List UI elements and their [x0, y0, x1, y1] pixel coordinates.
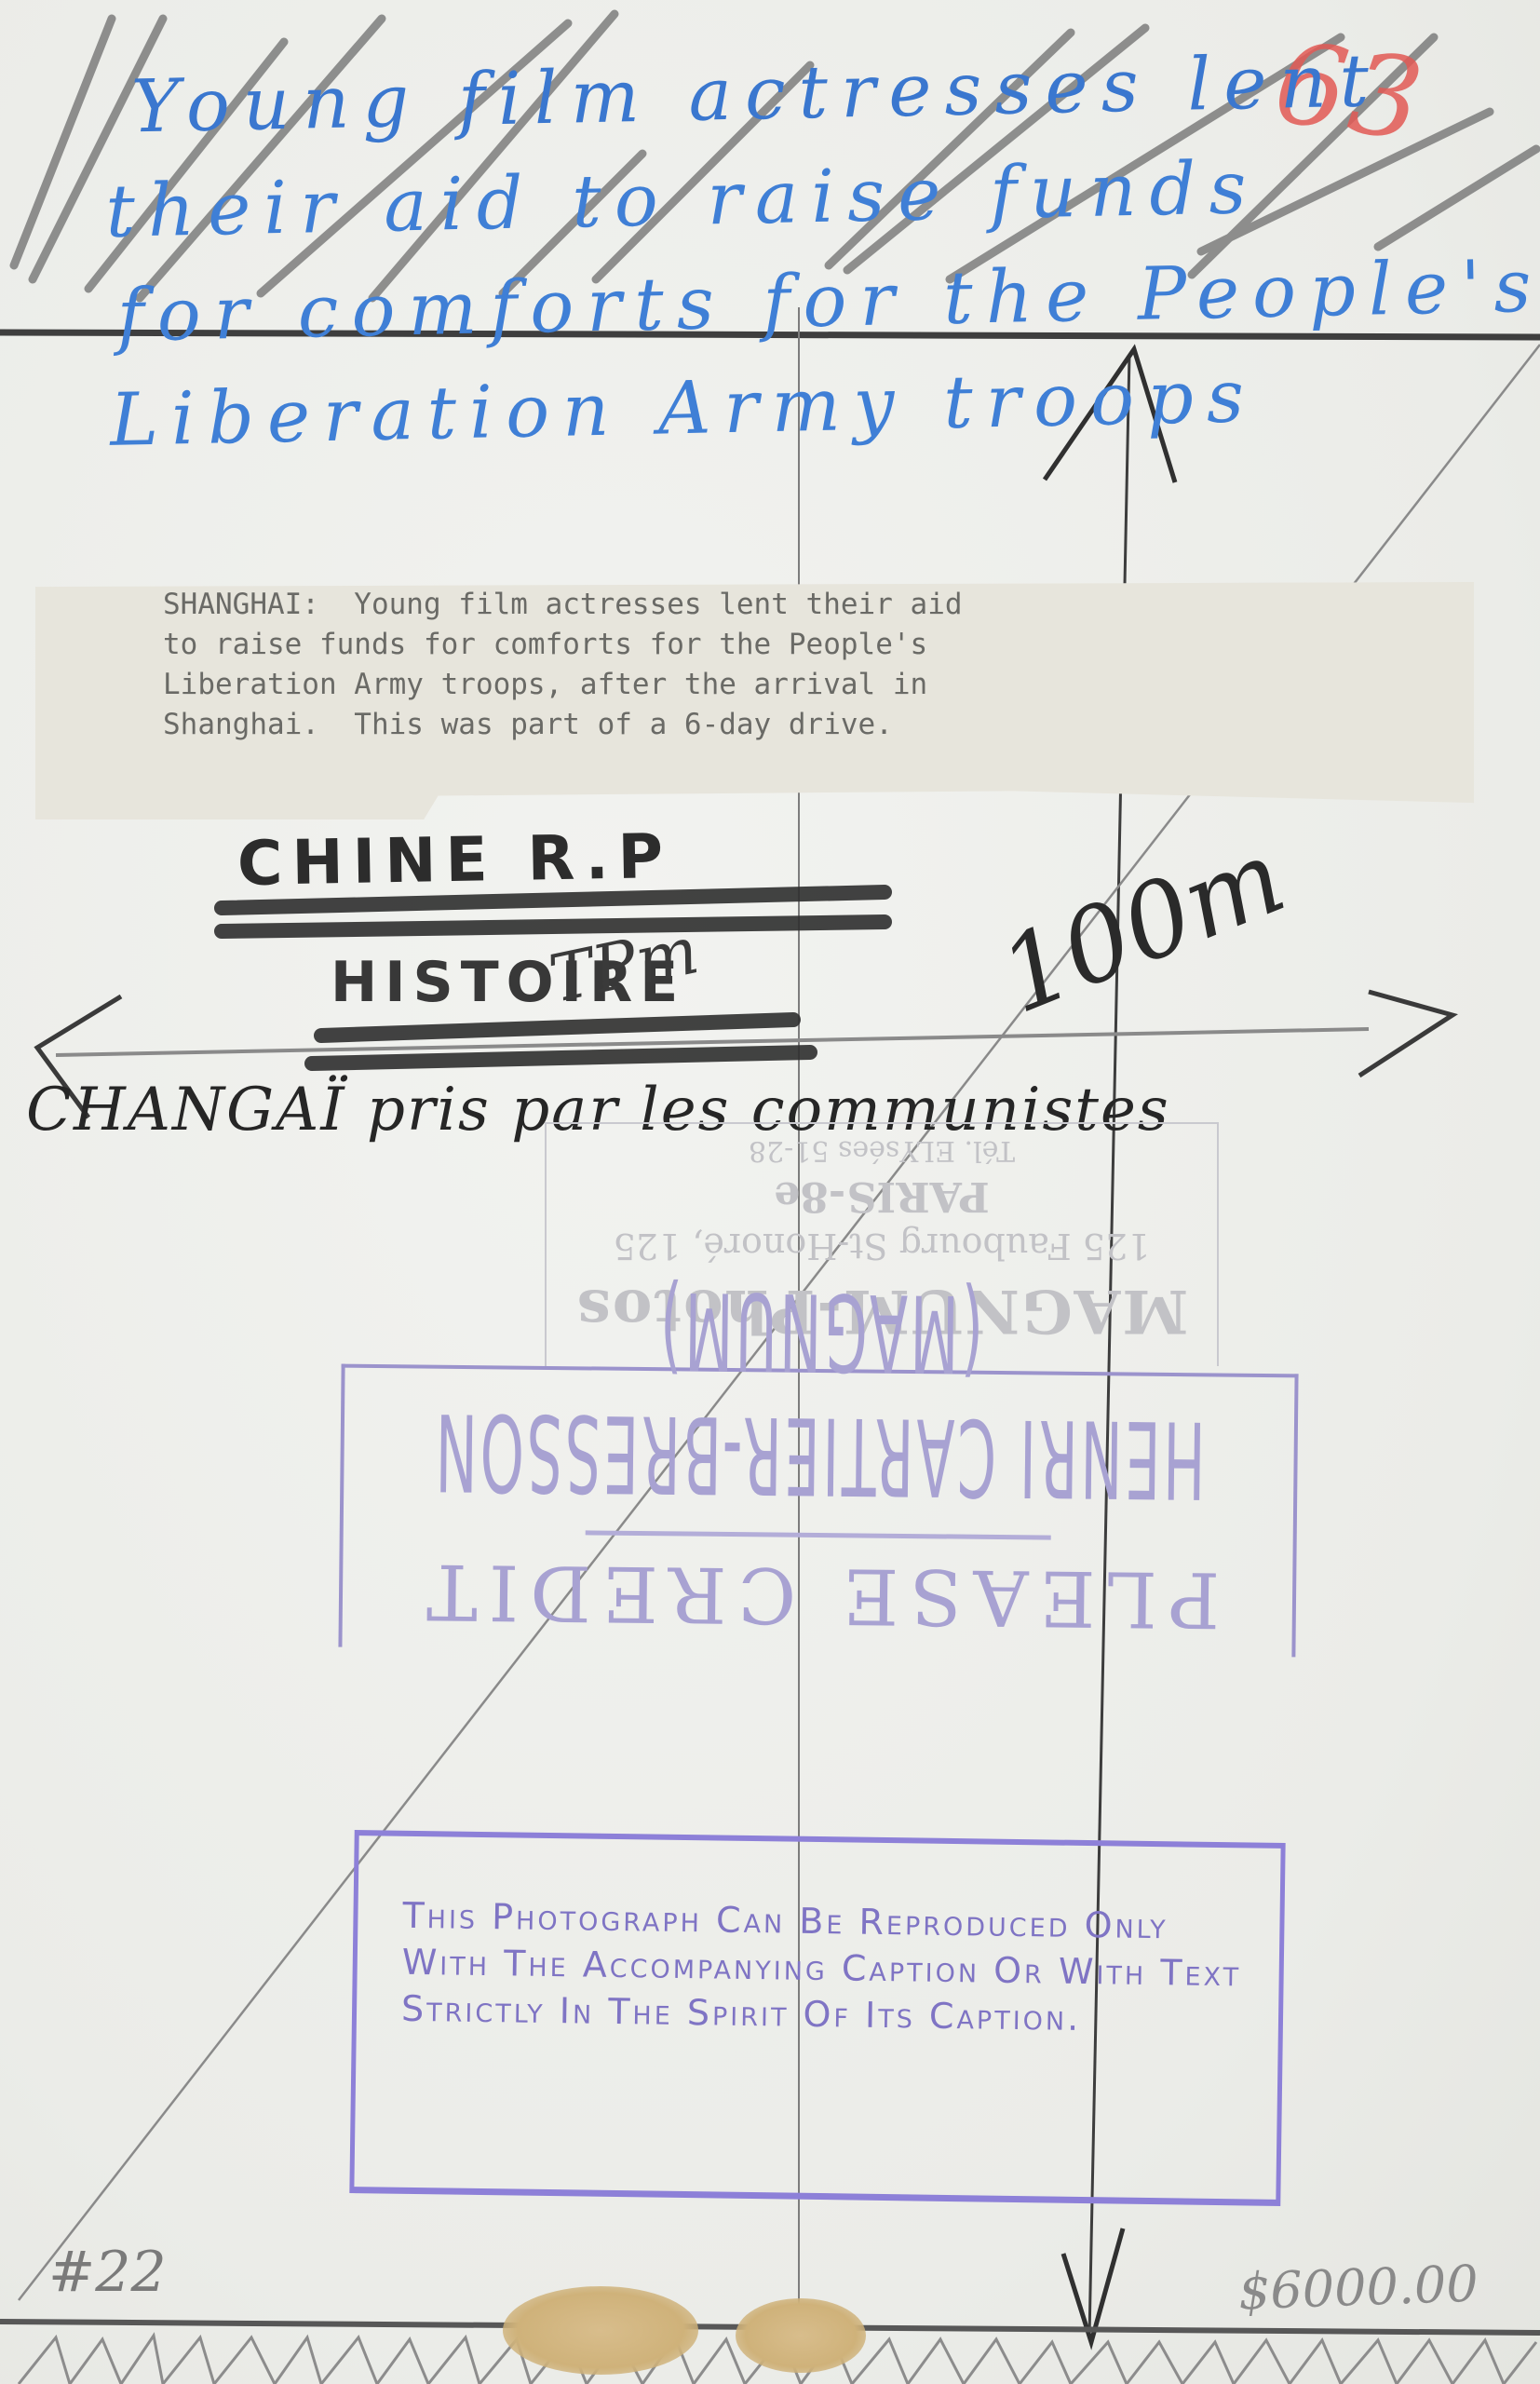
glue-stain	[736, 2298, 866, 2373]
credit-rule	[586, 1530, 1051, 1539]
magnum-phone: Tél. ELYsées 51-28	[547, 1134, 1217, 1167]
caption-line-4: Shanghai. This was part of a 6-day drive…	[163, 708, 893, 741]
country-label: CHINE R.P	[236, 820, 672, 900]
notice-text: This Photograph Can Be Reproduced Only W…	[401, 1892, 1260, 2044]
price-annotation: $6000.00	[1237, 2255, 1479, 2322]
photographer-credit: HENRI CARTIER-BRESSON (MAGNUM)	[344, 1264, 1296, 1522]
caption-line-2: to raise funds for comforts for the Peop…	[163, 628, 927, 661]
reproduction-notice-stamp: This Photograph Can Be Reproduced Only W…	[349, 1830, 1285, 2206]
glue-stain	[503, 2286, 698, 2375]
typed-caption: SHANGHAI: Young film actresses lent thei…	[163, 585, 1466, 745]
handwritten-caption-note: Young film actresses lent their aid to r…	[102, 28, 1461, 473]
caption-line-3: Liberation Army troops, after the arriva…	[163, 668, 927, 701]
magnum-city: PARIS-8e	[547, 1172, 1217, 1220]
caption-line-1: SHANGHAI: Young film actresses lent thei…	[163, 588, 963, 621]
credit-stamp: PLEASE CREDIT HENRI CARTIER-BRESSON (MAG…	[338, 1364, 1298, 1658]
magnum-address: 125 Faubourg St-Honoré, 125	[547, 1226, 1217, 1266]
credit-label: PLEASE CREDIT	[343, 1546, 1293, 1645]
lot-number: #22	[48, 2240, 167, 2305]
